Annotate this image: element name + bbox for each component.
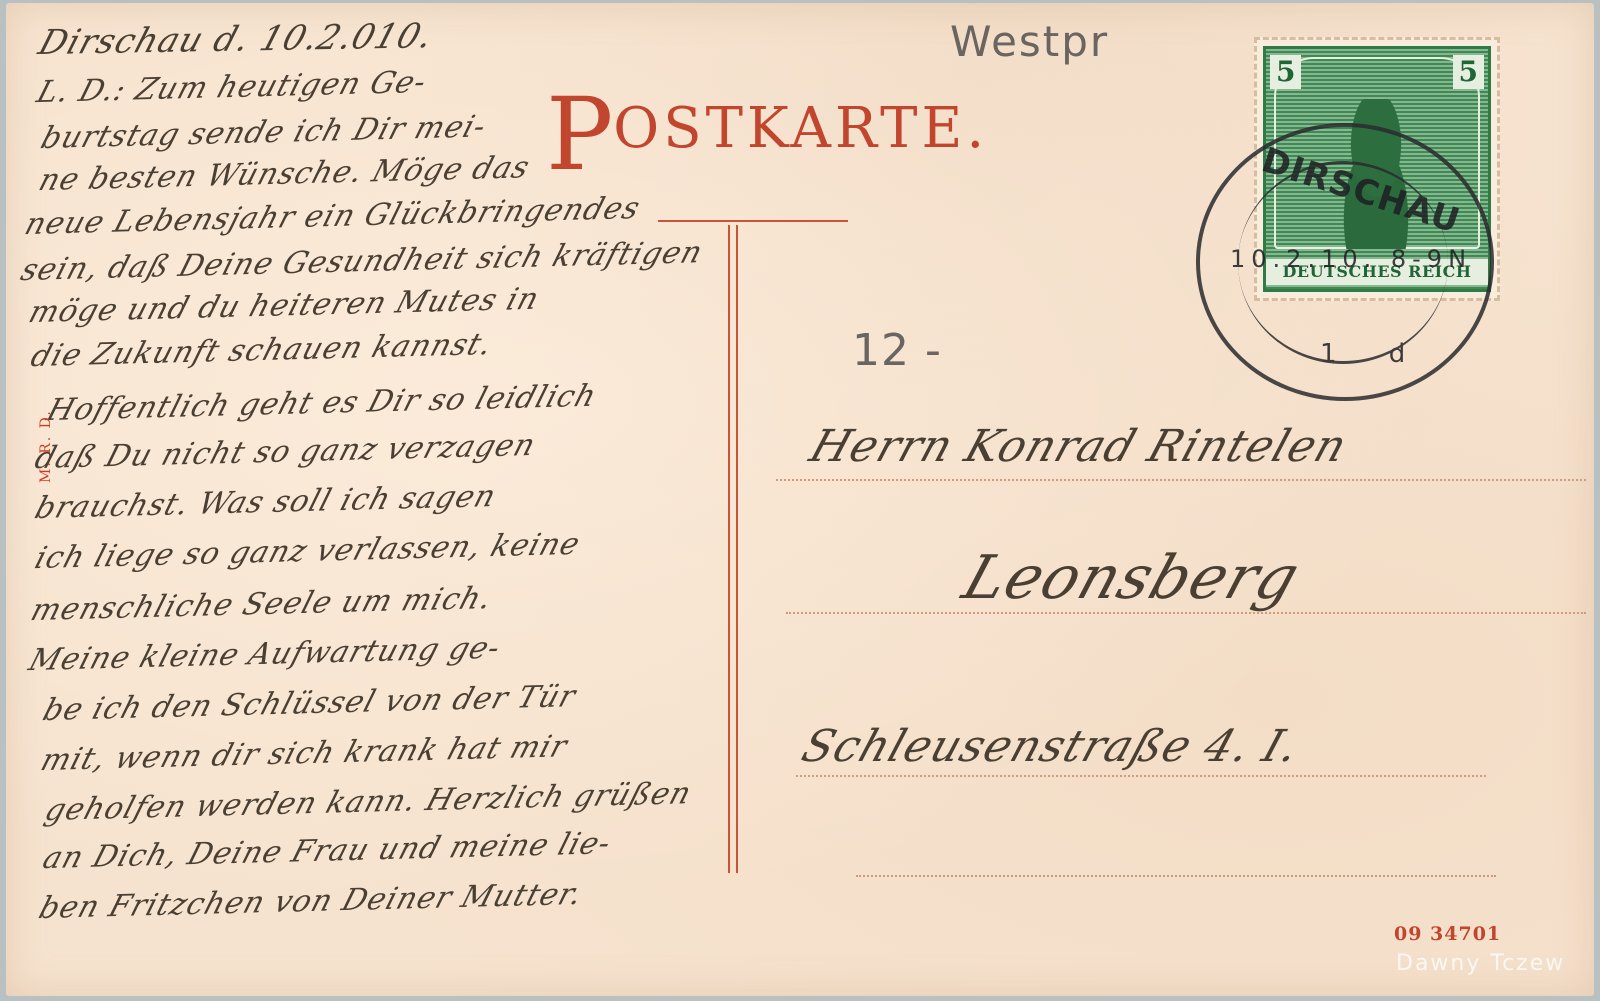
title-rest: OSTKARTE. bbox=[613, 96, 988, 161]
message-line: neue Lebensjahr ein Glückbringendes bbox=[21, 191, 645, 242]
message-line: möge und du heiteren Mutes in bbox=[25, 282, 544, 331]
message-line: ich liege so ganz verlassen, keine bbox=[31, 527, 585, 577]
address-line-1 bbox=[776, 479, 1586, 481]
postcard: Dirschau d. 10.2.010. L. D.: Zum heutige… bbox=[6, 3, 1594, 996]
postmark-code: 1 d bbox=[1320, 339, 1427, 369]
serial-number: 09 34701 bbox=[1394, 923, 1501, 945]
title-underline bbox=[658, 220, 848, 222]
message-line: die Zukunft schauen kannst. bbox=[27, 327, 497, 374]
address-line-2 bbox=[786, 612, 1586, 614]
postcard-title: POSTKARTE. bbox=[546, 85, 988, 185]
stamp-value-right: 5 bbox=[1453, 55, 1484, 89]
message-line: ne besten Wünsche. Möge das bbox=[35, 150, 534, 198]
message-line: sein, daß Deine Gesundheit sich kräftige… bbox=[17, 235, 707, 288]
address-line-4 bbox=[856, 875, 1496, 877]
message-line: burtstag sende ich Dir mei- bbox=[37, 109, 491, 156]
message-line: Hoffentlich geht es Dir so leidlich bbox=[43, 379, 601, 429]
message-line: daß Du nicht so ganz verzagen bbox=[31, 428, 540, 476]
message-line: an Dich, Deine Frau und meine lie- bbox=[39, 826, 616, 876]
publisher-mark: M. R. D. bbox=[38, 409, 54, 483]
message-line: L. D.: Zum heutigen Ge- bbox=[33, 65, 431, 110]
address-street: Schleusenstraße 4. I. bbox=[796, 721, 1306, 772]
message-line: brauchst. Was soll ich sagen bbox=[31, 479, 501, 526]
address-city: Leonsberg bbox=[955, 543, 1309, 613]
stamp-value-left: 5 bbox=[1270, 55, 1301, 89]
postmark: DIRSCHAU 10.2.10. 8-9N 1 d bbox=[1196, 123, 1494, 401]
watermark: Dawny Tczew bbox=[1396, 951, 1565, 976]
message-line: Meine kleine Aufwartung ge- bbox=[25, 631, 505, 679]
message-line: geholfen werden kann. Herzlich grüßen bbox=[41, 776, 696, 828]
address-recipient: Herrn Konrad Rintelen bbox=[804, 421, 1354, 472]
address-line-3 bbox=[796, 775, 1486, 777]
message-heading: Dirschau d. 10.2.010. bbox=[34, 16, 439, 63]
message-line: be ich den Schlüssel von der Tür bbox=[39, 679, 580, 728]
divider-line-right bbox=[736, 225, 738, 873]
pencil-note-rate: 12 - bbox=[852, 325, 942, 376]
pencil-note-region: Westpr bbox=[950, 17, 1109, 66]
message-line: mit, wenn dir sich krank hat mir bbox=[37, 729, 572, 778]
divider-line-left bbox=[728, 225, 730, 873]
message-line: menschliche Seele um mich. bbox=[27, 581, 497, 628]
message-line: ben Fritzchen von Deiner Mutter. bbox=[35, 877, 587, 926]
title-initial: P bbox=[546, 76, 613, 193]
postmark-date: 10.2.10. 8-9N bbox=[1230, 245, 1472, 273]
